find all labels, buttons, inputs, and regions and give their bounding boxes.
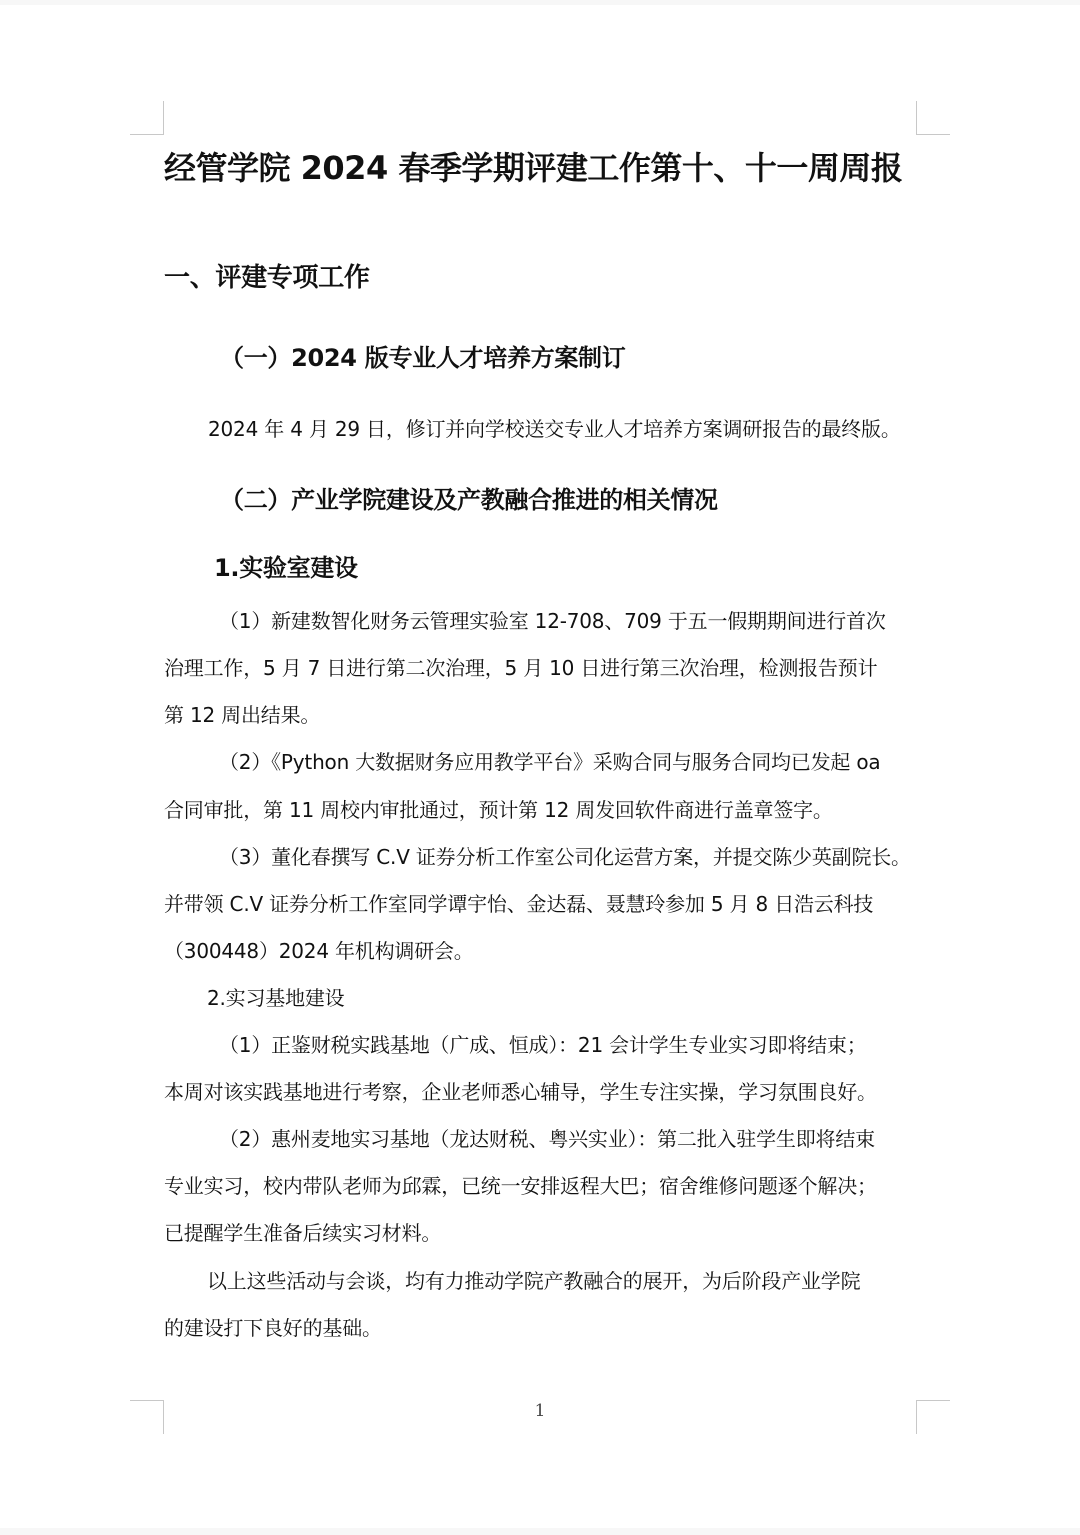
margin-corner-top-left bbox=[130, 101, 164, 135]
subsection-heading-2: （二）产业学院建设及产教融合推进的相关情况 bbox=[220, 480, 718, 515]
subsection-heading-1: （一）2024 版专业人才培养方案制订 bbox=[220, 338, 625, 373]
lab-item-3-line-1: （3）董化春撰写 C.V 证券分析工作室公司化运营方案，并提交陈少英副院长。 bbox=[219, 841, 911, 870]
section-heading-1: 一、评建专项工作 bbox=[164, 257, 370, 294]
lab-item-3-line-3: （300448）2024 年机构调研会。 bbox=[164, 935, 474, 964]
base-item-2-line-3: 已提醒学生准备后续实习材料。 bbox=[164, 1217, 441, 1246]
lab-item-1-line-3: 第 12 周出结果。 bbox=[164, 699, 320, 728]
lab-item-3-line-2: 并带领 C.V 证券分析工作室同学谭宇怡、金达磊、聂慧玲参加 5 月 8 日浩云… bbox=[164, 888, 873, 917]
margin-corner-top-right bbox=[916, 101, 950, 135]
lab-item-1-line-1: （1）新建数智化财务云管理实验室 12-708、709 于五一假期期间进行首次 bbox=[219, 605, 886, 634]
base-item-2-line-1: （2）惠州麦地实习基地（龙达财税、粤兴实业）：第二批入驻学生即将结束 bbox=[219, 1123, 875, 1152]
lab-item-1-line-2: 治理工作，5 月 7 日进行第二次治理，5 月 10 日进行第三次治理，检测报告… bbox=[164, 652, 877, 681]
paragraph-training-plan: 2024 年 4 月 29 日，修订并向学校送交专业人才培养方案调研报告的最终版… bbox=[208, 413, 901, 442]
lab-construction-heading: 1.实验室建设 bbox=[214, 548, 358, 583]
page-number: 1 bbox=[0, 1401, 1080, 1421]
base-item-2-line-2: 专业实习，校内带队老师为邱霖，已统一安排返程大巴；宿舍维修问题逐个解决； bbox=[164, 1170, 877, 1199]
base-item-1-line-2: 本周对该实践基地进行考察，企业老师悉心辅导，学生专注实操，学习氛围良好。 bbox=[164, 1076, 877, 1105]
document-page: 经管学院 2024 春季学期评建工作第十、十一周周报 一、评建专项工作 （一）2… bbox=[0, 5, 1080, 1528]
internship-base-heading: 2.实习基地建设 bbox=[207, 982, 344, 1011]
document-title: 经管学院 2024 春季学期评建工作第十、十一周周报 bbox=[164, 143, 902, 189]
base-item-1-line-1: （1）正鉴财税实践基地（广成、恒成）：21 会计学生专业实习即将结束； bbox=[219, 1029, 867, 1058]
summary-line-1: 以上这些活动与会谈，均有力推动学院产教融合的展开，为后阶段产业学院 bbox=[207, 1265, 860, 1294]
lab-item-2-line-1: （2）《Python 大数据财务应用教学平台》采购合同与服务合同均已发起 oa bbox=[219, 746, 880, 775]
lab-item-2-line-2: 合同审批，第 11 周校内审批通过，预计第 12 周发回软件商进行盖章签字。 bbox=[164, 794, 833, 823]
summary-line-2: 的建设打下良好的基础。 bbox=[164, 1312, 382, 1341]
